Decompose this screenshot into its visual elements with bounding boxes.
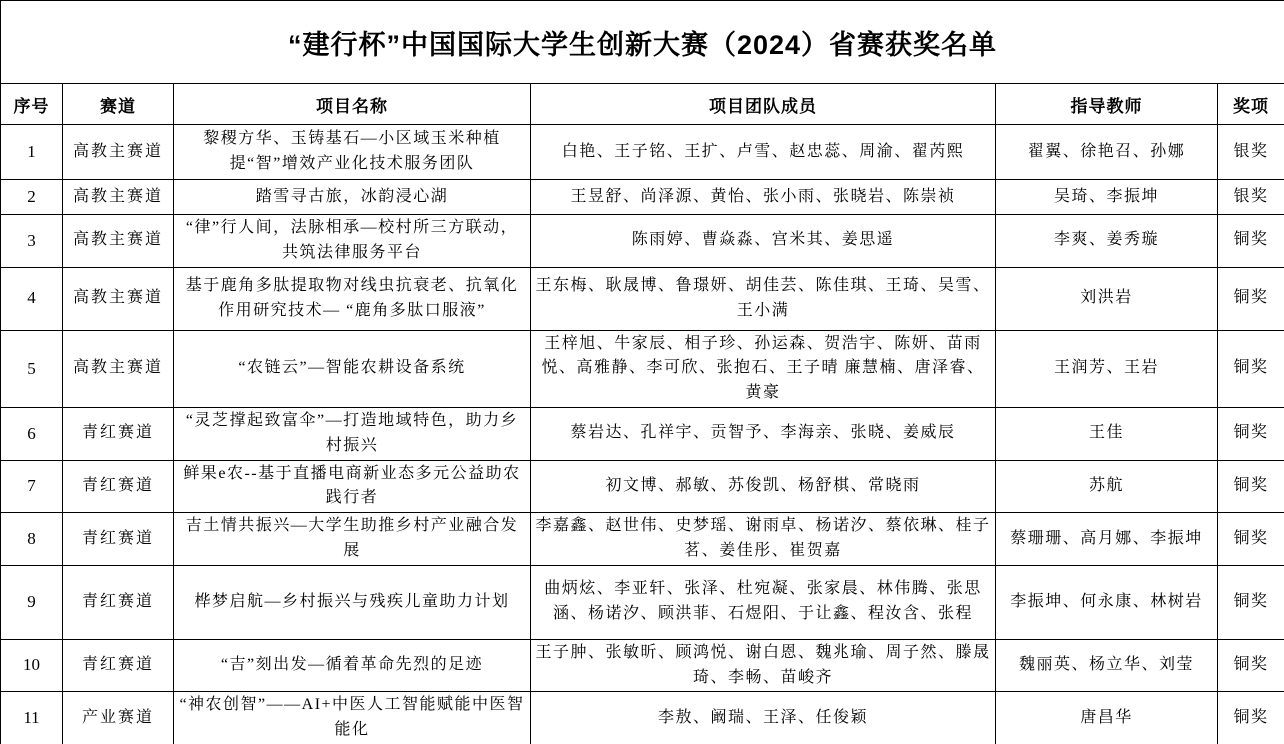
- track-cell: 高教主赛道: [63, 330, 174, 407]
- table-row: 2高教主赛道踏雪寻古旅，冰韵浸心湖王昱舒、尚泽源、黄怡、张小雨、张晓岩、陈崇祯吴…: [1, 180, 1284, 215]
- table-body: 1高教主赛道黎稷方华、玉铸基石—小区域玉米种植提“智”增效产业化技术服务团队白艳…: [1, 125, 1284, 744]
- table-row: 4高教主赛道基于鹿角多肽提取物对线虫抗衰老、抗氧化作用研究技术— “鹿角多肽口服…: [1, 267, 1284, 330]
- teachers-cell: 蔡珊珊、高月娜、李振坤: [996, 513, 1218, 566]
- project-name-cell: 鲜果e农--基于直播电商新业态多元公益助农践行者: [174, 460, 531, 513]
- award-cell: 铜奖: [1218, 513, 1284, 566]
- award-cell: 铜奖: [1218, 692, 1284, 744]
- column-header-track: 赛道: [63, 84, 174, 125]
- members-cell: 王梓旭、牛家辰、相子珍、孙运森、贺浩宇、陈妍、苗雨悦、高雅静、李可欣、张抱石、王…: [531, 330, 996, 407]
- project-name-cell: 踏雪寻古旅，冰韵浸心湖: [174, 180, 531, 215]
- teachers-cell: 王佳: [996, 407, 1218, 460]
- column-header-members: 项目团队成员: [531, 84, 996, 125]
- members-cell: 王东梅、耿晟博、鲁璟妍、胡佳芸、陈佳琪、王琦、吴雪、王小满: [531, 267, 996, 330]
- row-number-cell: 1: [1, 125, 63, 180]
- teachers-cell: 李振坤、何永康、林树岩: [996, 565, 1218, 639]
- teachers-cell: 吴琦、李振坤: [996, 180, 1218, 215]
- project-name-cell: “农链云”—智能农耕设备系统: [174, 330, 531, 407]
- column-header-project: 项目名称: [174, 84, 531, 125]
- track-cell: 高教主赛道: [63, 267, 174, 330]
- members-cell: 陈雨婷、曹焱淼、宫米其、姜思遥: [531, 215, 996, 268]
- project-name-cell: 黎稷方华、玉铸基石—小区域玉米种植提“智”增效产业化技术服务团队: [174, 125, 531, 180]
- award-cell: 铜奖: [1218, 215, 1284, 268]
- row-number-cell: 6: [1, 407, 63, 460]
- award-list-document: “建行杯”中国国际大学生创新大赛（2024）省赛获奖名单 序号 赛道 项目名称 …: [0, 0, 1284, 744]
- project-name-cell: “灵芝撑起致富伞”—打造地域特色，助力乡村振兴: [174, 407, 531, 460]
- project-name-cell: 桦梦启航—乡村振兴与残疾儿童助力计划: [174, 565, 531, 639]
- track-cell: 高教主赛道: [63, 215, 174, 268]
- row-number-cell: 10: [1, 639, 63, 692]
- row-number-cell: 7: [1, 460, 63, 513]
- award-cell: 铜奖: [1218, 565, 1284, 639]
- row-number-cell: 4: [1, 267, 63, 330]
- track-cell: 高教主赛道: [63, 125, 174, 180]
- track-cell: 高教主赛道: [63, 180, 174, 215]
- track-cell: 青红赛道: [63, 565, 174, 639]
- award-cell: 铜奖: [1218, 330, 1284, 407]
- project-name-cell: “律”行人间，法脉相承—校村所三方联动，共筑法律服务平台: [174, 215, 531, 268]
- teachers-cell: 翟翼、徐艳召、孙娜: [996, 125, 1218, 180]
- members-cell: 王昱舒、尚泽源、黄怡、张小雨、张晓岩、陈崇祯: [531, 180, 996, 215]
- teachers-cell: 李爽、姜秀璇: [996, 215, 1218, 268]
- table-row: 10青红赛道“吉”刻出发—循着革命先烈的足迹王子肿、张敏昕、顾鸿悦、谢白恩、魏兆…: [1, 639, 1284, 692]
- members-cell: 李敖、阚瑞、王泽、任俊颖: [531, 692, 996, 744]
- project-name-cell: 吉土情共振兴—大学生助推乡村产业融合发展: [174, 513, 531, 566]
- members-cell: 曲炳炫、李亚轩、张泽、杜宛凝、张家晨、林伟腾、张思涵、杨诺汐、顾洪菲、石煜阳、于…: [531, 565, 996, 639]
- members-cell: 王子肿、张敏昕、顾鸿悦、谢白恩、魏兆瑜、周子然、滕晟琦、李畅、苗峻齐: [531, 639, 996, 692]
- track-cell: 青红赛道: [63, 460, 174, 513]
- table-row: 3高教主赛道“律”行人间，法脉相承—校村所三方联动，共筑法律服务平台陈雨婷、曹焱…: [1, 215, 1284, 268]
- column-header-no: 序号: [1, 84, 63, 125]
- members-cell: 蔡岩达、孔祥宇、贡智予、李海亲、张晓、姜威辰: [531, 407, 996, 460]
- table-row: 1高教主赛道黎稷方华、玉铸基石—小区域玉米种植提“智”增效产业化技术服务团队白艳…: [1, 125, 1284, 180]
- award-table: “建行杯”中国国际大学生创新大赛（2024）省赛获奖名单 序号 赛道 项目名称 …: [0, 0, 1284, 744]
- table-row: 11产业赛道“神农创智”——AI+中医人工智能赋能中医智能化李敖、阚瑞、王泽、任…: [1, 692, 1284, 744]
- header-row: 序号 赛道 项目名称 项目团队成员 指导教师 奖项: [1, 84, 1284, 125]
- row-number-cell: 9: [1, 565, 63, 639]
- members-cell: 初文博、郝敏、苏俊凯、杨舒棋、常晓雨: [531, 460, 996, 513]
- teachers-cell: 魏丽英、杨立华、刘莹: [996, 639, 1218, 692]
- table-row: 5高教主赛道“农链云”—智能农耕设备系统王梓旭、牛家辰、相子珍、孙运森、贺浩宇、…: [1, 330, 1284, 407]
- title-row: “建行杯”中国国际大学生创新大赛（2024）省赛获奖名单: [1, 1, 1284, 84]
- members-cell: 白艳、王子铭、王扩、卢雪、赵忠蕊、周渝、翟芮熙: [531, 125, 996, 180]
- track-cell: 青红赛道: [63, 513, 174, 566]
- teachers-cell: 唐昌华: [996, 692, 1218, 744]
- row-number-cell: 11: [1, 692, 63, 744]
- page-title: “建行杯”中国国际大学生创新大赛（2024）省赛获奖名单: [1, 1, 1284, 84]
- track-cell: 青红赛道: [63, 639, 174, 692]
- track-cell: 青红赛道: [63, 407, 174, 460]
- award-cell: 铜奖: [1218, 267, 1284, 330]
- project-name-cell: 基于鹿角多肽提取物对线虫抗衰老、抗氧化作用研究技术— “鹿角多肽口服液”: [174, 267, 531, 330]
- track-cell: 产业赛道: [63, 692, 174, 744]
- award-cell: 铜奖: [1218, 639, 1284, 692]
- row-number-cell: 3: [1, 215, 63, 268]
- row-number-cell: 8: [1, 513, 63, 566]
- award-cell: 铜奖: [1218, 460, 1284, 513]
- column-header-teachers: 指导教师: [996, 84, 1218, 125]
- table-row: 8青红赛道吉土情共振兴—大学生助推乡村产业融合发展李嘉鑫、赵世伟、史梦瑶、谢雨卓…: [1, 513, 1284, 566]
- teachers-cell: 苏航: [996, 460, 1218, 513]
- teachers-cell: 刘洪岩: [996, 267, 1218, 330]
- table-row: 6青红赛道“灵芝撑起致富伞”—打造地域特色，助力乡村振兴蔡岩达、孔祥宇、贡智予、…: [1, 407, 1284, 460]
- project-name-cell: “神农创智”——AI+中医人工智能赋能中医智能化: [174, 692, 531, 744]
- award-cell: 银奖: [1218, 180, 1284, 215]
- award-cell: 铜奖: [1218, 407, 1284, 460]
- row-number-cell: 5: [1, 330, 63, 407]
- members-cell: 李嘉鑫、赵世伟、史梦瑶、谢雨卓、杨诺汐、蔡依琳、桂子茗、姜佳彤、崔贺嘉: [531, 513, 996, 566]
- column-header-award: 奖项: [1218, 84, 1284, 125]
- table-row: 9青红赛道桦梦启航—乡村振兴与残疾儿童助力计划曲炳炫、李亚轩、张泽、杜宛凝、张家…: [1, 565, 1284, 639]
- project-name-cell: “吉”刻出发—循着革命先烈的足迹: [174, 639, 531, 692]
- row-number-cell: 2: [1, 180, 63, 215]
- teachers-cell: 王润芳、王岩: [996, 330, 1218, 407]
- table-row: 7青红赛道鲜果e农--基于直播电商新业态多元公益助农践行者初文博、郝敏、苏俊凯、…: [1, 460, 1284, 513]
- award-cell: 银奖: [1218, 125, 1284, 180]
